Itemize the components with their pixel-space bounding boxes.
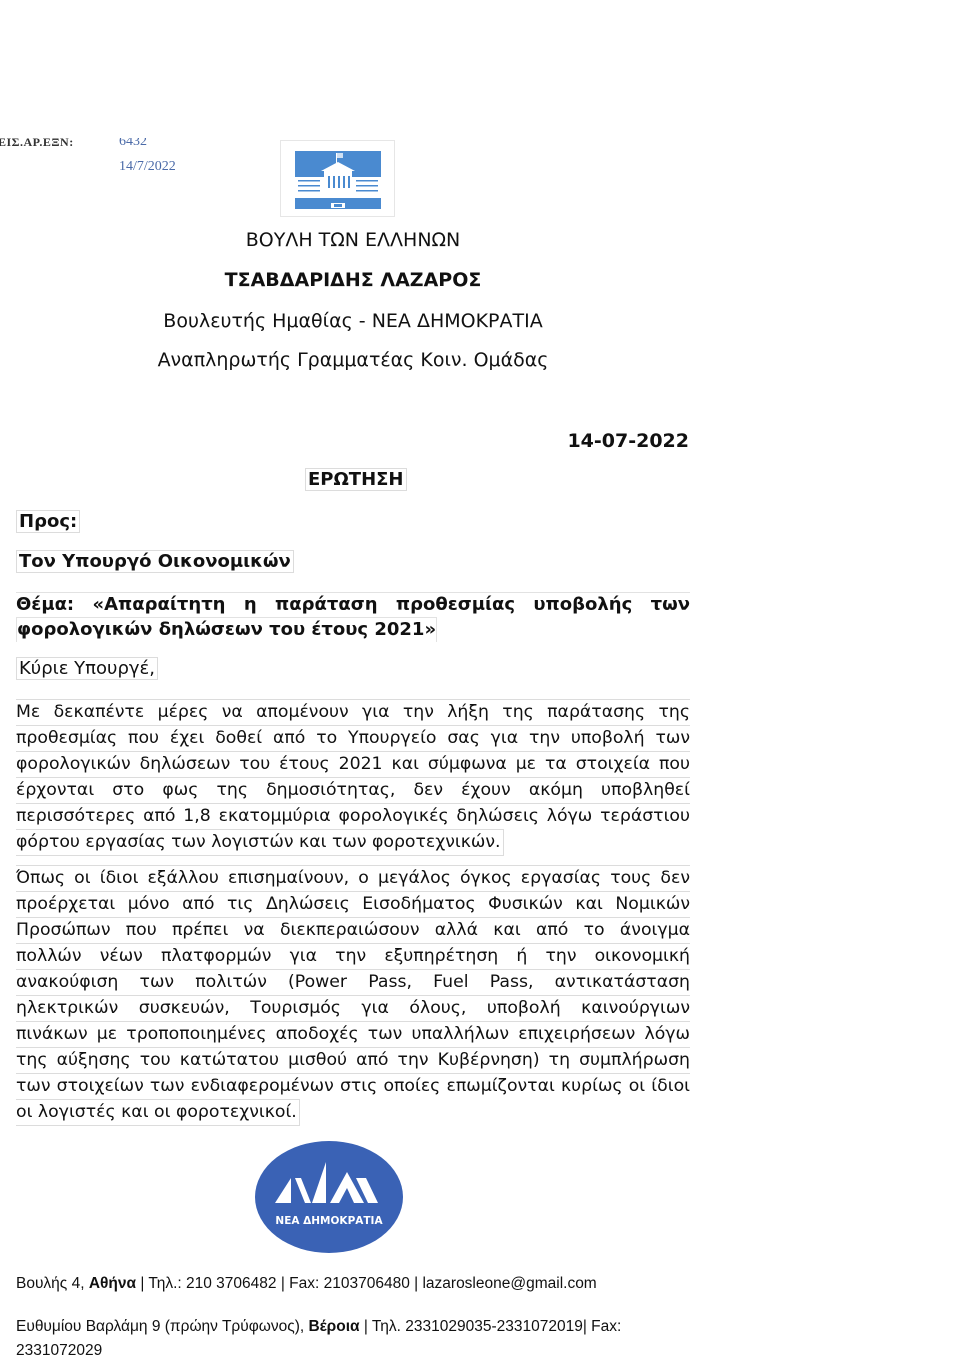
greeting: Κύριε Υπουργέ, xyxy=(16,657,158,680)
veria-city: Βέροια xyxy=(308,1318,359,1335)
party-logo-text: ΝΕΑ ΔΗΜΟΚΡΑΤΙΑ xyxy=(275,1215,383,1227)
institution-name: ΒΟΥΛΗ ΤΩΝ ΕΛΛΗΝΩΝ xyxy=(0,229,706,251)
veria-fax: 2331072029 xyxy=(16,1342,102,1360)
paragraph-line: περισσότερες από 1,8 εκατομμύρια φορολογ… xyxy=(16,803,690,829)
paragraph-line: ανακούφιση των πολιτών (Power Pass, Fuel… xyxy=(16,969,690,995)
paragraph-line: οι λογιστές και οι φοροτεχνικοί. xyxy=(16,1099,300,1126)
paragraph-line: φορολογικών δηλώσεων του έτους 2021 και … xyxy=(16,751,690,777)
paragraph-line: της αύξησης του κατώτατου μισθού από την… xyxy=(16,1047,690,1073)
subject-line: Θέμα: «Απαραίτητη η παράταση προθεσμίας … xyxy=(16,592,690,617)
paragraph-line: φόρτου εργασίας των λογιστών και των φορ… xyxy=(16,829,504,856)
parliament-logo xyxy=(280,140,395,217)
veria-address: Ευθυμίου Βαρλάμη 9 (πρώην Τρύφωνος), xyxy=(16,1318,304,1335)
paragraph-1: Με δεκαπέντε μέρες να απομένουν για την … xyxy=(16,699,690,864)
document-type: ΕΡΩΤΗΣΗ xyxy=(305,468,407,491)
email-link[interactable]: lazarosleone@gmail.com xyxy=(422,1275,596,1292)
athens-city: Αθήνα xyxy=(89,1275,136,1292)
parliament-building-icon xyxy=(281,141,394,216)
paragraph-line: Προσώπων που πρέπει να διεκπεραιώσουν αλ… xyxy=(16,917,690,943)
paragraph-line: έρχονται στο φως της δημοσιότητας, δεν έ… xyxy=(16,777,690,803)
athens-address: Βουλής 4, xyxy=(16,1275,85,1292)
paragraph-line: ηλεκτρικών συσκευών, Τουρισμός για όλους… xyxy=(16,995,690,1021)
paragraph-line: των στοιχείων των ενδιαφερομένων στις οπ… xyxy=(16,1073,690,1099)
paragraph-line: πολλών νέων πλατφορμών για την εξυπηρέτη… xyxy=(16,943,690,969)
mp-role: Βουλευτής Ημαθίας - ΝΕΑ ΔΗΜΟΚΡΑΤΙΑ xyxy=(0,310,706,332)
protocol-date: 14/7/2022 xyxy=(119,159,176,175)
protocol-number: 6432 xyxy=(119,134,147,150)
paragraph-2: Όπως οι ίδιοι εξάλλου επισημαίνουν, ο με… xyxy=(16,865,690,1134)
nea-dimokratia-logo-icon: ΝΕΑ ΔΗΜΟΚΡΑΤΙΑ xyxy=(254,1140,404,1254)
mp-position: Αναπληρωτής Γραμματέας Κοιν. Ομάδας xyxy=(0,349,706,371)
subject: Θέμα: «Απαραίτητη η παράταση προθεσμίας … xyxy=(16,592,690,642)
recipient: Τον Υπουργό Οικονομικών xyxy=(16,550,294,573)
athens-contact: | Τηλ.: 210 3706482 | Fax: 2103706480 | xyxy=(136,1275,422,1292)
footer-athens: Βουλής 4, Αθήνα | Τηλ.: 210 3706482 | Fa… xyxy=(16,1275,597,1293)
mp-name: ΤΣΑΒΔΑΡΙΔΗΣ ΛΑΖΑΡΟΣ xyxy=(0,269,706,291)
paragraph-line: πινάκων με τροποποιημένες αποδοχές των υ… xyxy=(16,1021,690,1047)
paragraph-line: προέρχεται μόνο από τις Δηλώσεις Εισοδήμ… xyxy=(16,891,690,917)
party-logo: ΝΕΑ ΔΗΜΟΚΡΑΤΙΑ xyxy=(254,1140,404,1254)
subject-line: φορολογικών δηλώσεων του έτους 2021» xyxy=(16,617,437,642)
footer-veria: Ευθυμίου Βαρλάμη 9 (πρώην Τρύφωνος), Βέρ… xyxy=(16,1318,621,1336)
paragraph-line: Όπως οι ίδιοι εξάλλου επισημαίνουν, ο με… xyxy=(16,865,690,891)
to-label: Προς: xyxy=(16,510,80,533)
document-date: 14-07-2022 xyxy=(567,430,689,452)
paragraph-line: προθεσμίας που έχει δοθεί από το Υπουργε… xyxy=(16,725,690,751)
veria-contact: | Τηλ. 2331029035-2331072019| Fax: xyxy=(360,1318,622,1335)
paragraph-line: Με δεκαπέντε μέρες να απομένουν για την … xyxy=(16,699,690,725)
protocol-label: ΕΙΣ.ΑΡ.ΕΞΝ: xyxy=(0,135,74,150)
